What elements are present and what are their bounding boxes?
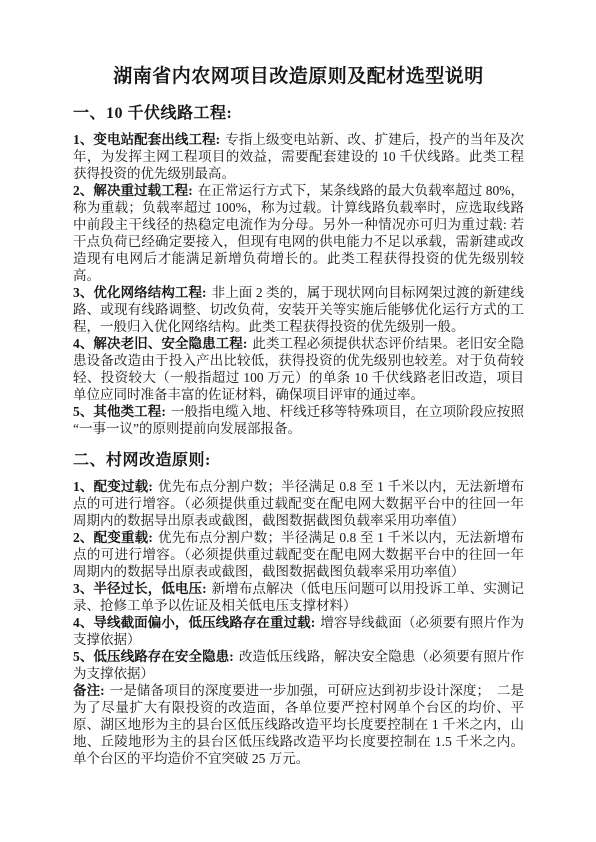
paragraph-label: 2、解决重过载工程: xyxy=(73,183,193,198)
paragraph-aging-safety: 4、解决老旧、安全隐患工程:此类工程必须提供状态评价结果。老旧安全隐患设备改造由… xyxy=(73,335,524,403)
paragraph-transformer-overload: 1、配变过载:优先布点分割户数；半径满足 0.8 至 1 千米以内，无法新增布点… xyxy=(73,478,524,529)
section-heading: 一、10 千伏线路工程: xyxy=(73,103,524,125)
paragraph-low-voltage: 3、半径过长，低电压:新增布点解决（低电压问题可以用投诉工单、实测记录、抢修工单… xyxy=(73,580,524,614)
paragraph-label: 1、变电站配套出线工程: xyxy=(73,132,220,147)
paragraph-label: 4、导线截面偏小，低压线路存在重过载: xyxy=(73,615,315,630)
paragraph-text: 在正常运行方式下，某条线路的最大负载率超过 80%，称为重载；负载率超过 100… xyxy=(73,183,524,283)
paragraph-text: 一是储备项目的深度要进一步加强，可研应达到初步设计深度； 二是为了尽量扩大有限投… xyxy=(73,683,524,766)
paragraph-label: 5、其他类工程: xyxy=(73,404,166,419)
section-heading: 二、村网改造原则: xyxy=(73,450,524,472)
paragraph-label: 备注: xyxy=(73,683,105,698)
paragraph-label: 2、配变重载: xyxy=(73,530,153,545)
paragraph-transformer-heavy-load: 2、配变重载:优先布点分割户数；半径满足 0.8 至 1 千米以内，无法新增布点… xyxy=(73,529,524,580)
paragraph-label: 3、半径过长，低电压: xyxy=(73,581,207,596)
document-title: 湖南省内农网项目改造原则及配材选型说明 xyxy=(73,64,524,90)
paragraph-conductor-section: 4、导线截面偏小，低压线路存在重过载:增容导线截面（必须要有照片作为支撑依据） xyxy=(73,614,524,648)
section-village-grid: 二、村网改造原则: 1、配变过载:优先布点分割户数；半径满足 0.8 至 1 千… xyxy=(73,450,524,767)
section-10kv-lines: 一、10 千伏线路工程: 1、变电站配套出线工程:专指上级变电站新、改、扩建后，… xyxy=(73,103,524,437)
paragraph-label: 3、优化网络结构工程: xyxy=(73,285,207,300)
paragraph-overload: 2、解决重过载工程:在正常运行方式下，某条线路的最大负载率超过 80%，称为重载… xyxy=(73,182,524,284)
document-page: 湖南省内农网项目改造原则及配材选型说明 一、10 千伏线路工程: 1、变电站配套… xyxy=(0,0,596,842)
paragraph-label: 5、低压线路存在安全隐患: xyxy=(73,649,234,664)
paragraph-network-structure: 3、优化网络结构工程:非上面 2 类的，属于现状网向目标网架过渡的新建线路、或现… xyxy=(73,284,524,335)
paragraph-label: 1、配变过载: xyxy=(73,479,153,494)
paragraph-label: 4、解决老旧、安全隐患工程: xyxy=(73,336,247,351)
document-content: 湖南省内农网项目改造原则及配材选型说明 一、10 千伏线路工程: 1、变电站配套… xyxy=(0,0,596,767)
paragraph-substation-outlet: 1、变电站配套出线工程:专指上级变电站新、改、扩建后，投产的当年及次年，为发挥主… xyxy=(73,131,524,182)
paragraph-safety-hazard: 5、低压线路存在安全隐患:改造低压线路，解决安全隐患（必须要有照片作为支撑依据） xyxy=(73,648,524,682)
paragraph-remarks: 备注:一是储备项目的深度要进一步加强，可研应达到初步设计深度； 二是为了尽量扩大… xyxy=(73,682,524,767)
paragraph-other-projects: 5、其他类工程:一般指电缆入地、杆线迁移等特殊项目，在立项阶段应按照“一事一议”… xyxy=(73,403,524,437)
